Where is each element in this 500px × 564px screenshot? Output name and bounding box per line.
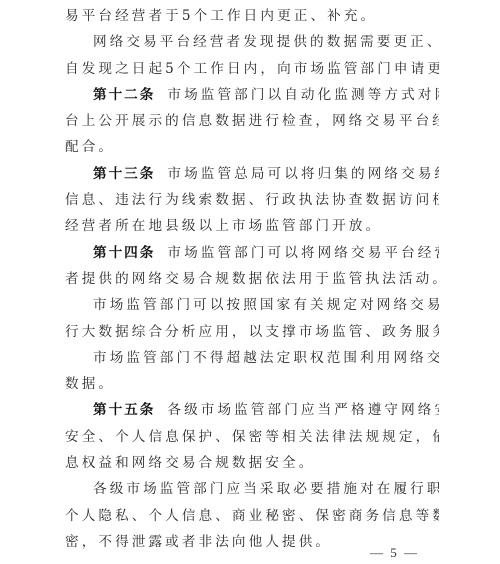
- text-line: 个人隐私、个人信息、商业秘密、保密商务信息等数据依法予以保: [65, 503, 439, 529]
- article-heading: 第十四条: [93, 245, 155, 261]
- text-line: 信息、违法行为线索数据、行政执法协查数据访问权限向网络交易: [65, 187, 439, 213]
- text-line: 经营者所在地县级以上市场监管部门开放。: [65, 213, 439, 239]
- text-line: 市场监管部门不得超越法定职权范围利用网络交易合规: [65, 345, 439, 371]
- text-line: 安全、个人信息保护、保密等相关法律法规规定，依法保障个人信: [65, 424, 439, 450]
- text-line: 数据。: [65, 371, 439, 397]
- text-span: 市场监管部门可以将网络交易平台经营者报送或: [167, 245, 439, 261]
- text-line: 行大数据综合分析应用，以支撑市场监管、政务服务等工作。: [65, 319, 439, 345]
- text-line: 网络交易平台经营者发现提供的数据需要更正、补充的，应当: [65, 29, 439, 55]
- article-heading: 第十二条: [93, 87, 155, 103]
- text-line: 者提供的网络交易合规数据依法用于监管执法活动。: [65, 266, 439, 292]
- text-line: 市场监管部门可以按照国家有关规定对网络交易合规数据进: [65, 292, 439, 318]
- text-span: 市场监管部门以自动化监测等方式对网络交易平: [167, 87, 439, 103]
- text-line: 自发现之日起5个工作日内，向市场监管部门申请更正、补充。: [65, 56, 439, 82]
- article-13-line: 第十三条市场监管总局可以将归集的网络交易经营者身份: [65, 161, 439, 187]
- text-span: 市场监管总局可以将归集的网络交易经营者身份: [167, 166, 439, 182]
- text-line: 息权益和网络交易合规数据安全。: [65, 450, 439, 476]
- text-line: 各级市场监管部门应当采取必要措施对在履行职责中知悉的: [65, 476, 439, 502]
- article-14-line: 第十四条市场监管部门可以将网络交易平台经营者报送或: [65, 240, 439, 266]
- document-body: 易平台经营者于5个工作日内更正、补充。 网络交易平台经营者发现提供的数据需要更正…: [65, 3, 439, 555]
- text-line: 易平台经营者于5个工作日内更正、补充。: [65, 3, 439, 29]
- text-span: 各级市场监管部门应当严格遵守网络安全、数据: [167, 402, 439, 418]
- article-heading: 第十三条: [93, 166, 155, 182]
- page-number: — 5 —: [370, 545, 419, 561]
- article-12-line: 第十二条市场监管部门以自动化监测等方式对网络交易平: [65, 82, 439, 108]
- article-heading: 第十五条: [93, 402, 155, 418]
- text-line: 台上公开展示的信息数据进行检查，网络交易平台经营者应当: [65, 108, 439, 134]
- text-line: 配合。: [65, 134, 439, 160]
- article-15-line: 第十五条各级市场监管部门应当严格遵守网络安全、数据: [65, 397, 439, 423]
